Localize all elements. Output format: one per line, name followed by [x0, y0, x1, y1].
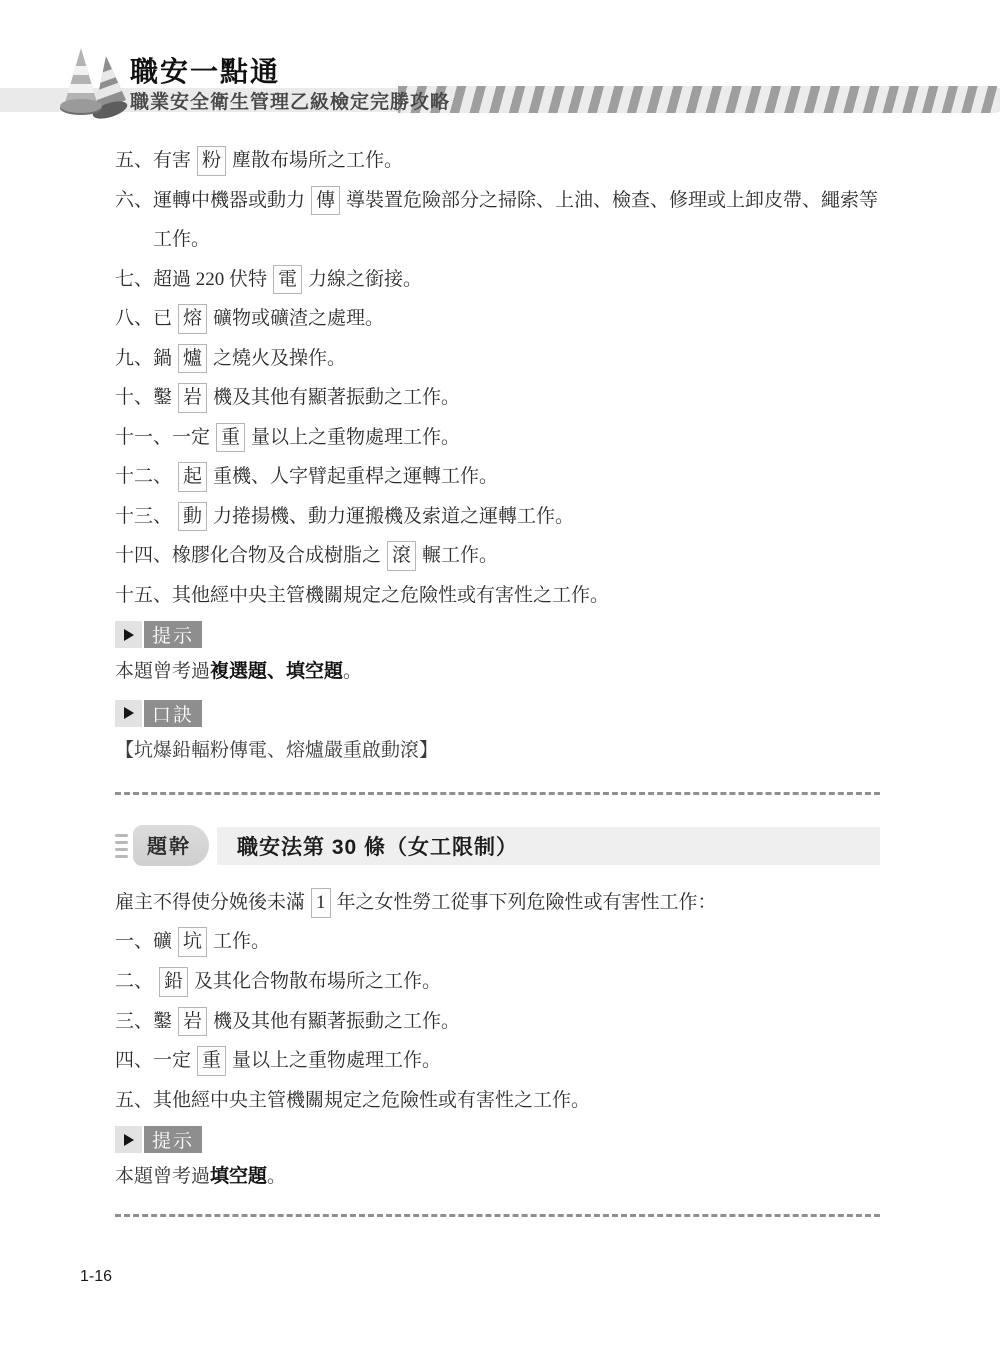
item-text: 橡膠化合物及合成樹脂之滾輾工作。 — [172, 536, 880, 576]
fill-in-box: 岩 — [178, 383, 207, 413]
item-number: 十四、 — [115, 536, 172, 576]
text-segment: 量以上之重物處理工作。 — [251, 427, 460, 448]
text-segment: 橡膠化合物及合成樹脂之 — [172, 545, 381, 566]
item-number: 十三、 — [115, 497, 172, 537]
text-segment: 一定 — [172, 427, 210, 448]
item-text: 超過 220 伏特電力線之銜接。 — [153, 260, 880, 300]
text-segment: 工作。 — [213, 931, 270, 952]
fill-in-box: 岩 — [178, 1007, 207, 1037]
hint-badge: 提示 — [115, 621, 880, 648]
list-item: 一、礦坑工作。 — [115, 922, 880, 962]
list-item: 七、超過 220 伏特電力線之銜接。 — [115, 260, 880, 300]
text-segment: 超過 220 伏特 — [153, 269, 267, 290]
traffic-cone-logo-icon — [54, 44, 128, 126]
fill-in-box: 傳 — [311, 186, 340, 216]
text-segment: 雇主不得使分娩後未滿 — [115, 892, 305, 913]
list-item: 四、一定重量以上之重物處理工作。 — [115, 1041, 880, 1081]
mnemonic-badge: 口訣 — [115, 700, 880, 727]
text-segment: 力線之銜接。 — [308, 269, 422, 290]
text-segment: 運轉中機器或動力 — [153, 190, 305, 211]
item-text: 鍋爐之燒火及操作。 — [153, 339, 880, 379]
text-segment: 之燒火及操作。 — [213, 348, 346, 369]
text-segment: 鍋 — [153, 348, 172, 369]
fill-in-box: 熔 — [178, 304, 207, 334]
item-text: 鉛及其化合物散布場所之工作。 — [153, 962, 880, 1002]
list-item: 十、鑿岩機及其他有顯著振動之工作。 — [115, 378, 880, 418]
text-segment: 本題曾考過 — [115, 1166, 210, 1187]
item-number: 六、 — [115, 181, 153, 260]
page-number: 1-16 — [80, 1268, 112, 1286]
text-segment: 鑿 — [153, 1011, 172, 1032]
book-subtitle: 職業安全衛生管理乙級檢定完勝攻略 — [130, 87, 450, 114]
topic-tag: 題幹 — [133, 825, 209, 866]
list-item: 十四、橡膠化合物及合成樹脂之滾輾工作。 — [115, 536, 880, 576]
text-segment: 及其化合物散布場所之工作。 — [194, 971, 441, 992]
book-title: 職安一點通 — [130, 50, 280, 90]
play-triangle-icon — [115, 700, 142, 727]
text-segment: 已 — [153, 308, 172, 329]
list-item: 八、已熔礦物或礦渣之處理。 — [115, 299, 880, 339]
item-text: 已熔礦物或礦渣之處理。 — [153, 299, 880, 339]
text-segment: 。 — [267, 1166, 286, 1187]
fill-in-box: 起 — [178, 462, 207, 492]
fill-in-box: 電 — [273, 265, 302, 295]
fill-in-box: 鉛 — [159, 967, 188, 997]
item-text: 動力捲揚機、動力運搬機及索道之運轉工作。 — [172, 497, 880, 537]
text-segment: 其他經中央主管機關規定之危險性或有害性之工作。 — [153, 1090, 590, 1111]
list-item: 五、有害粉塵散布場所之工作。 — [115, 141, 880, 181]
text-segment: 機及其他有顯著振動之工作。 — [213, 387, 460, 408]
mnemonic-badge-label: 口訣 — [144, 700, 202, 727]
item-number: 九、 — [115, 339, 153, 379]
text-segment: 重機、人字臂起重桿之運轉工作。 — [213, 466, 498, 487]
item-text: 一定重量以上之重物處理工作。 — [153, 1041, 880, 1081]
topic-header: 題幹 職安法第 30 條（女工限制） — [115, 827, 880, 865]
item-text: 運轉中機器或動力傳導裝置危險部分之掃除、上油、檢查、修理或上卸皮帶、繩索等工作。 — [153, 181, 880, 260]
fill-in-box: 滾 — [387, 541, 416, 571]
text-segment: 其他經中央主管機關規定之危險性或有害性之工作。 — [172, 585, 609, 606]
item-number: 七、 — [115, 260, 153, 300]
text-segment: 礦 — [153, 931, 172, 952]
worklist-postpartum: 一、礦坑工作。二、鉛及其化合物散布場所之工作。三、鑿岩機及其他有顯著振動之工作。… — [115, 922, 880, 1120]
item-text: 礦坑工作。 — [153, 922, 880, 962]
page-header: 職安一點通 職業安全衛生管理乙級檢定完勝攻略 — [0, 0, 1000, 125]
list-item: 六、運轉中機器或動力傳導裝置危險部分之掃除、上油、檢查、修理或上卸皮帶、繩索等工… — [115, 181, 880, 260]
book-page: 職安一點通 職業安全衛生管理乙級檢定完勝攻略 五、有害粉塵散布場所之工作。六、運… — [0, 0, 1000, 1356]
text-segment: 有害 — [153, 150, 191, 171]
text-segment: 鑿 — [153, 387, 172, 408]
item-text: 其他經中央主管機關規定之危險性或有害性之工作。 — [153, 1081, 880, 1121]
statute-intro: 雇主不得使分娩後未滿1年之女性勞工從事下列危險性或有害性工作： — [115, 883, 880, 923]
item-number: 十二、 — [115, 457, 172, 497]
item-number: 十一、 — [115, 418, 172, 458]
list-item: 五、其他經中央主管機關規定之危險性或有害性之工作。 — [115, 1081, 880, 1121]
list-item: 三、鑿岩機及其他有顯著振動之工作。 — [115, 1002, 880, 1042]
text-segment: 一定 — [153, 1050, 191, 1071]
text-segment: 塵散布場所之工作。 — [232, 150, 403, 171]
topic-title: 職安法第 30 條（女工限制） — [217, 827, 880, 865]
text-segment: 年之女性勞工從事下列危險性或有害性工作： — [337, 892, 717, 913]
fill-in-box: 1 — [311, 888, 331, 918]
item-number: 四、 — [115, 1041, 153, 1081]
item-text: 其他經中央主管機關規定之危險性或有害性之工作。 — [172, 576, 880, 616]
item-number: 五、 — [115, 1081, 153, 1121]
item-text: 起重機、人字臂起重桿之運轉工作。 — [172, 457, 880, 497]
play-triangle-icon — [115, 1126, 142, 1153]
text-segment: 量以上之重物處理工作。 — [232, 1050, 441, 1071]
hint-text: 本題曾考過填空題。 — [115, 1162, 880, 1192]
item-text: 鑿岩機及其他有顯著振動之工作。 — [153, 1002, 880, 1042]
dashed-separator — [115, 1214, 880, 1217]
item-number: 十、 — [115, 378, 153, 418]
item-text: 鑿岩機及其他有顯著振動之工作。 — [153, 378, 880, 418]
fill-in-box: 粉 — [197, 146, 226, 176]
fill-in-box: 動 — [178, 502, 207, 532]
text-segment: 本題曾考過 — [115, 661, 210, 682]
list-item: 九、鍋爐之燒火及操作。 — [115, 339, 880, 379]
dashed-separator — [115, 792, 880, 795]
list-item: 十一、一定重量以上之重物處理工作。 — [115, 418, 880, 458]
bold-text: 填空題 — [210, 1166, 267, 1187]
text-segment: 礦物或礦渣之處理。 — [213, 308, 384, 329]
item-number: 三、 — [115, 1002, 153, 1042]
item-number: 二、 — [115, 962, 153, 1002]
list-item: 十三、動力捲揚機、動力運搬機及索道之運轉工作。 — [115, 497, 880, 537]
page-content: 五、有害粉塵散布場所之工作。六、運轉中機器或動力傳導裝置危險部分之掃除、上油、檢… — [0, 125, 1000, 1217]
item-number: 十五、 — [115, 576, 172, 616]
fill-in-box: 重 — [197, 1046, 226, 1076]
item-text: 有害粉塵散布場所之工作。 — [153, 141, 880, 181]
hint-badge-label: 提示 — [144, 621, 202, 648]
fill-in-box: 爐 — [178, 344, 207, 374]
worklist-minors: 五、有害粉塵散布場所之工作。六、運轉中機器或動力傳導裝置危險部分之掃除、上油、檢… — [115, 141, 880, 615]
play-triangle-icon — [115, 621, 142, 648]
text-segment: 輾工作。 — [422, 545, 498, 566]
text-segment: 機及其他有顯著振動之工作。 — [213, 1011, 460, 1032]
hint-badge: 提示 — [115, 1126, 880, 1153]
text-segment: 力捲揚機、動力運搬機及索道之運轉工作。 — [213, 506, 574, 527]
bold-text: 複選題、填空題 — [210, 661, 343, 682]
fill-in-box: 重 — [216, 423, 245, 453]
text-segment: 。 — [343, 661, 362, 682]
list-item: 十二、起重機、人字臂起重桿之運轉工作。 — [115, 457, 880, 497]
item-number: 八、 — [115, 299, 153, 339]
item-text: 一定重量以上之重物處理工作。 — [172, 418, 880, 458]
mnemonic-text: 【坑爆鉛輻粉傳電、熔爐嚴重啟動滾】 — [115, 736, 880, 766]
item-number: 一、 — [115, 922, 153, 962]
fill-in-box: 坑 — [178, 927, 207, 957]
header-hazard-stripes — [398, 86, 997, 113]
hint-text: 本題曾考過複選題、填空題。 — [115, 657, 880, 687]
list-item: 二、鉛及其化合物散布場所之工作。 — [115, 962, 880, 1002]
item-number: 五、 — [115, 141, 153, 181]
list-item: 十五、其他經中央主管機關規定之危險性或有害性之工作。 — [115, 576, 880, 616]
binding-coil-icon — [115, 834, 128, 858]
hint-badge-label: 提示 — [144, 1126, 202, 1153]
